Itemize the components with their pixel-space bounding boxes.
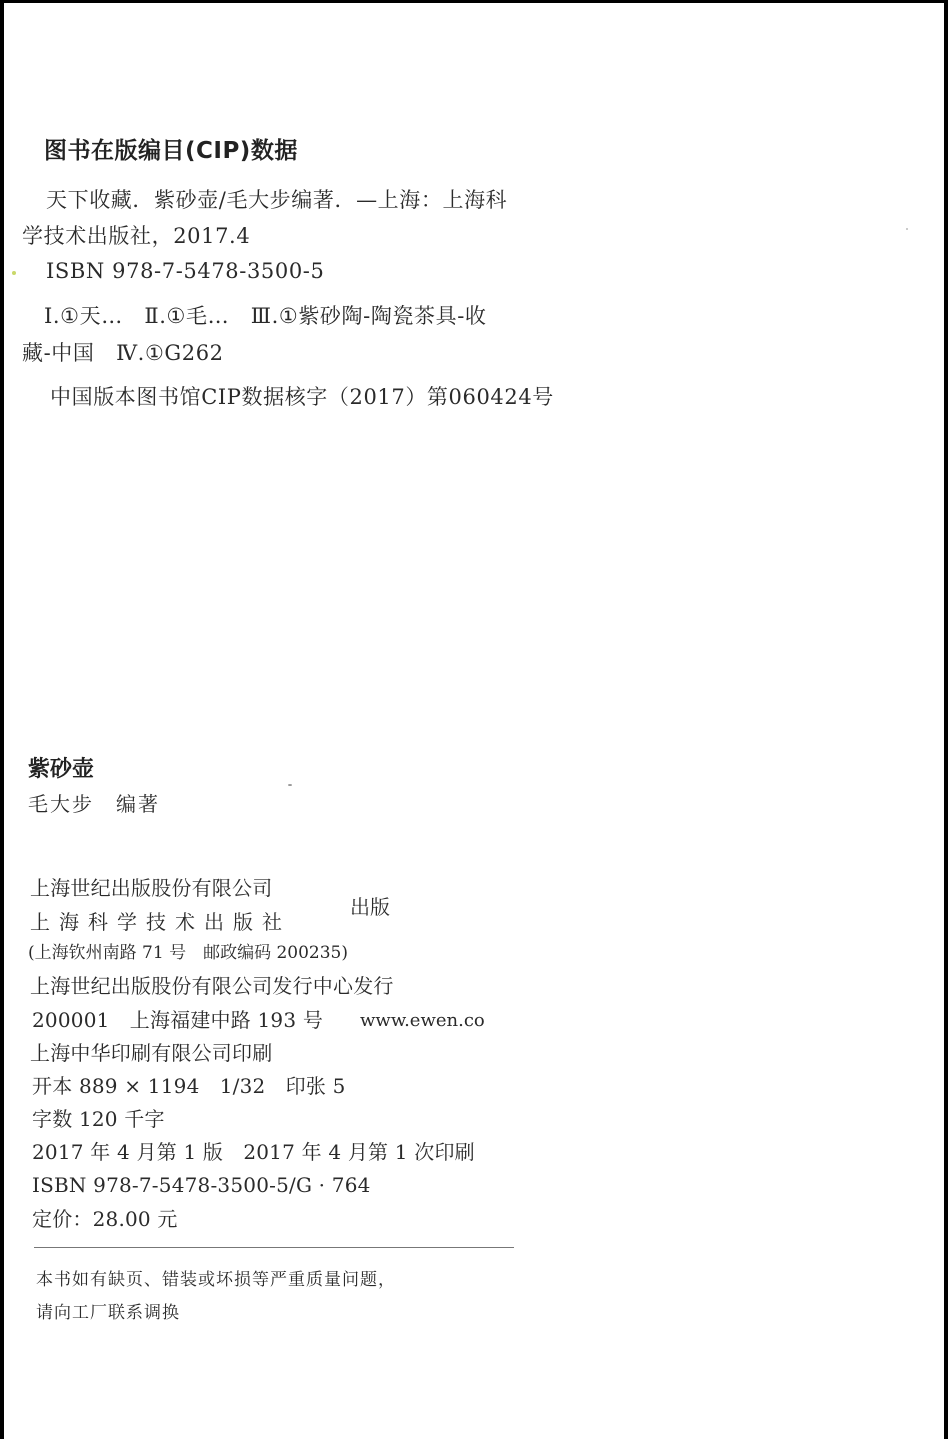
printer: 上海中华印刷有限公司印刷 <box>30 1043 272 1063</box>
word-count: 字数 120 千字 <box>32 1109 165 1129</box>
copyright-page: 图书在版编目(CIP)数据 天下收藏．紫砂壶/毛大步编著．—上海：上海科 学技术… <box>0 0 948 1439</box>
cip-line: 天下收藏．紫砂壶/毛大步编著．—上海：上海科 <box>46 190 507 211</box>
distributor: 上海世纪出版股份有限公司发行中心发行 <box>30 976 394 996</box>
publisher-address: (上海钦州南路 71 号 邮政编码 200235) <box>28 945 348 962</box>
scan-speck <box>288 784 292 786</box>
publisher-role: 出版 <box>350 897 390 917</box>
price: 定价：28.00 元 <box>32 1209 178 1229</box>
cip-line: 藏-中国 Ⅳ.①G262 <box>22 343 224 364</box>
publisher-name: 上海世纪出版股份有限公司 <box>30 878 272 898</box>
scan-speck <box>906 228 908 230</box>
book-title: 紫砂壶 <box>28 759 94 781</box>
book-author: 毛大步 编著 <box>28 794 160 814</box>
publisher-name: 上海科学技术出版社 <box>30 912 291 932</box>
book-format: 开本 889 × 1194 1/32 印张 5 <box>32 1076 346 1096</box>
cip-heading: 图书在版编目(CIP)数据 <box>44 140 298 163</box>
distributor-website: www.ewen.co <box>360 1012 485 1030</box>
cip-isbn: ISBN 978-7-5478-3500-5 <box>46 261 324 282</box>
distributor-address: 200001 上海福建中路 193 号 <box>32 1010 323 1030</box>
isbn: ISBN 978-7-5478-3500-5/G · 764 <box>32 1175 371 1195</box>
scan-speck <box>12 271 16 275</box>
divider <box>34 1247 514 1248</box>
cip-line: Ⅰ.①天… Ⅱ.①毛… Ⅲ.①紫砂陶-陶瓷茶具-收 <box>44 306 487 327</box>
edition-info: 2017 年 4 月第 1 版 2017 年 4 月第 1 次印刷 <box>32 1142 475 1162</box>
cip-line: 学技术出版社，2017.4 <box>22 226 250 247</box>
quality-notice: 请向工厂联系调换 <box>36 1305 180 1322</box>
quality-notice: 本书如有缺页、错装或坏损等严重质量问题， <box>36 1272 396 1289</box>
cip-record-number: 中国版本图书馆CIP数据核字（2017）第060424号 <box>50 387 554 408</box>
